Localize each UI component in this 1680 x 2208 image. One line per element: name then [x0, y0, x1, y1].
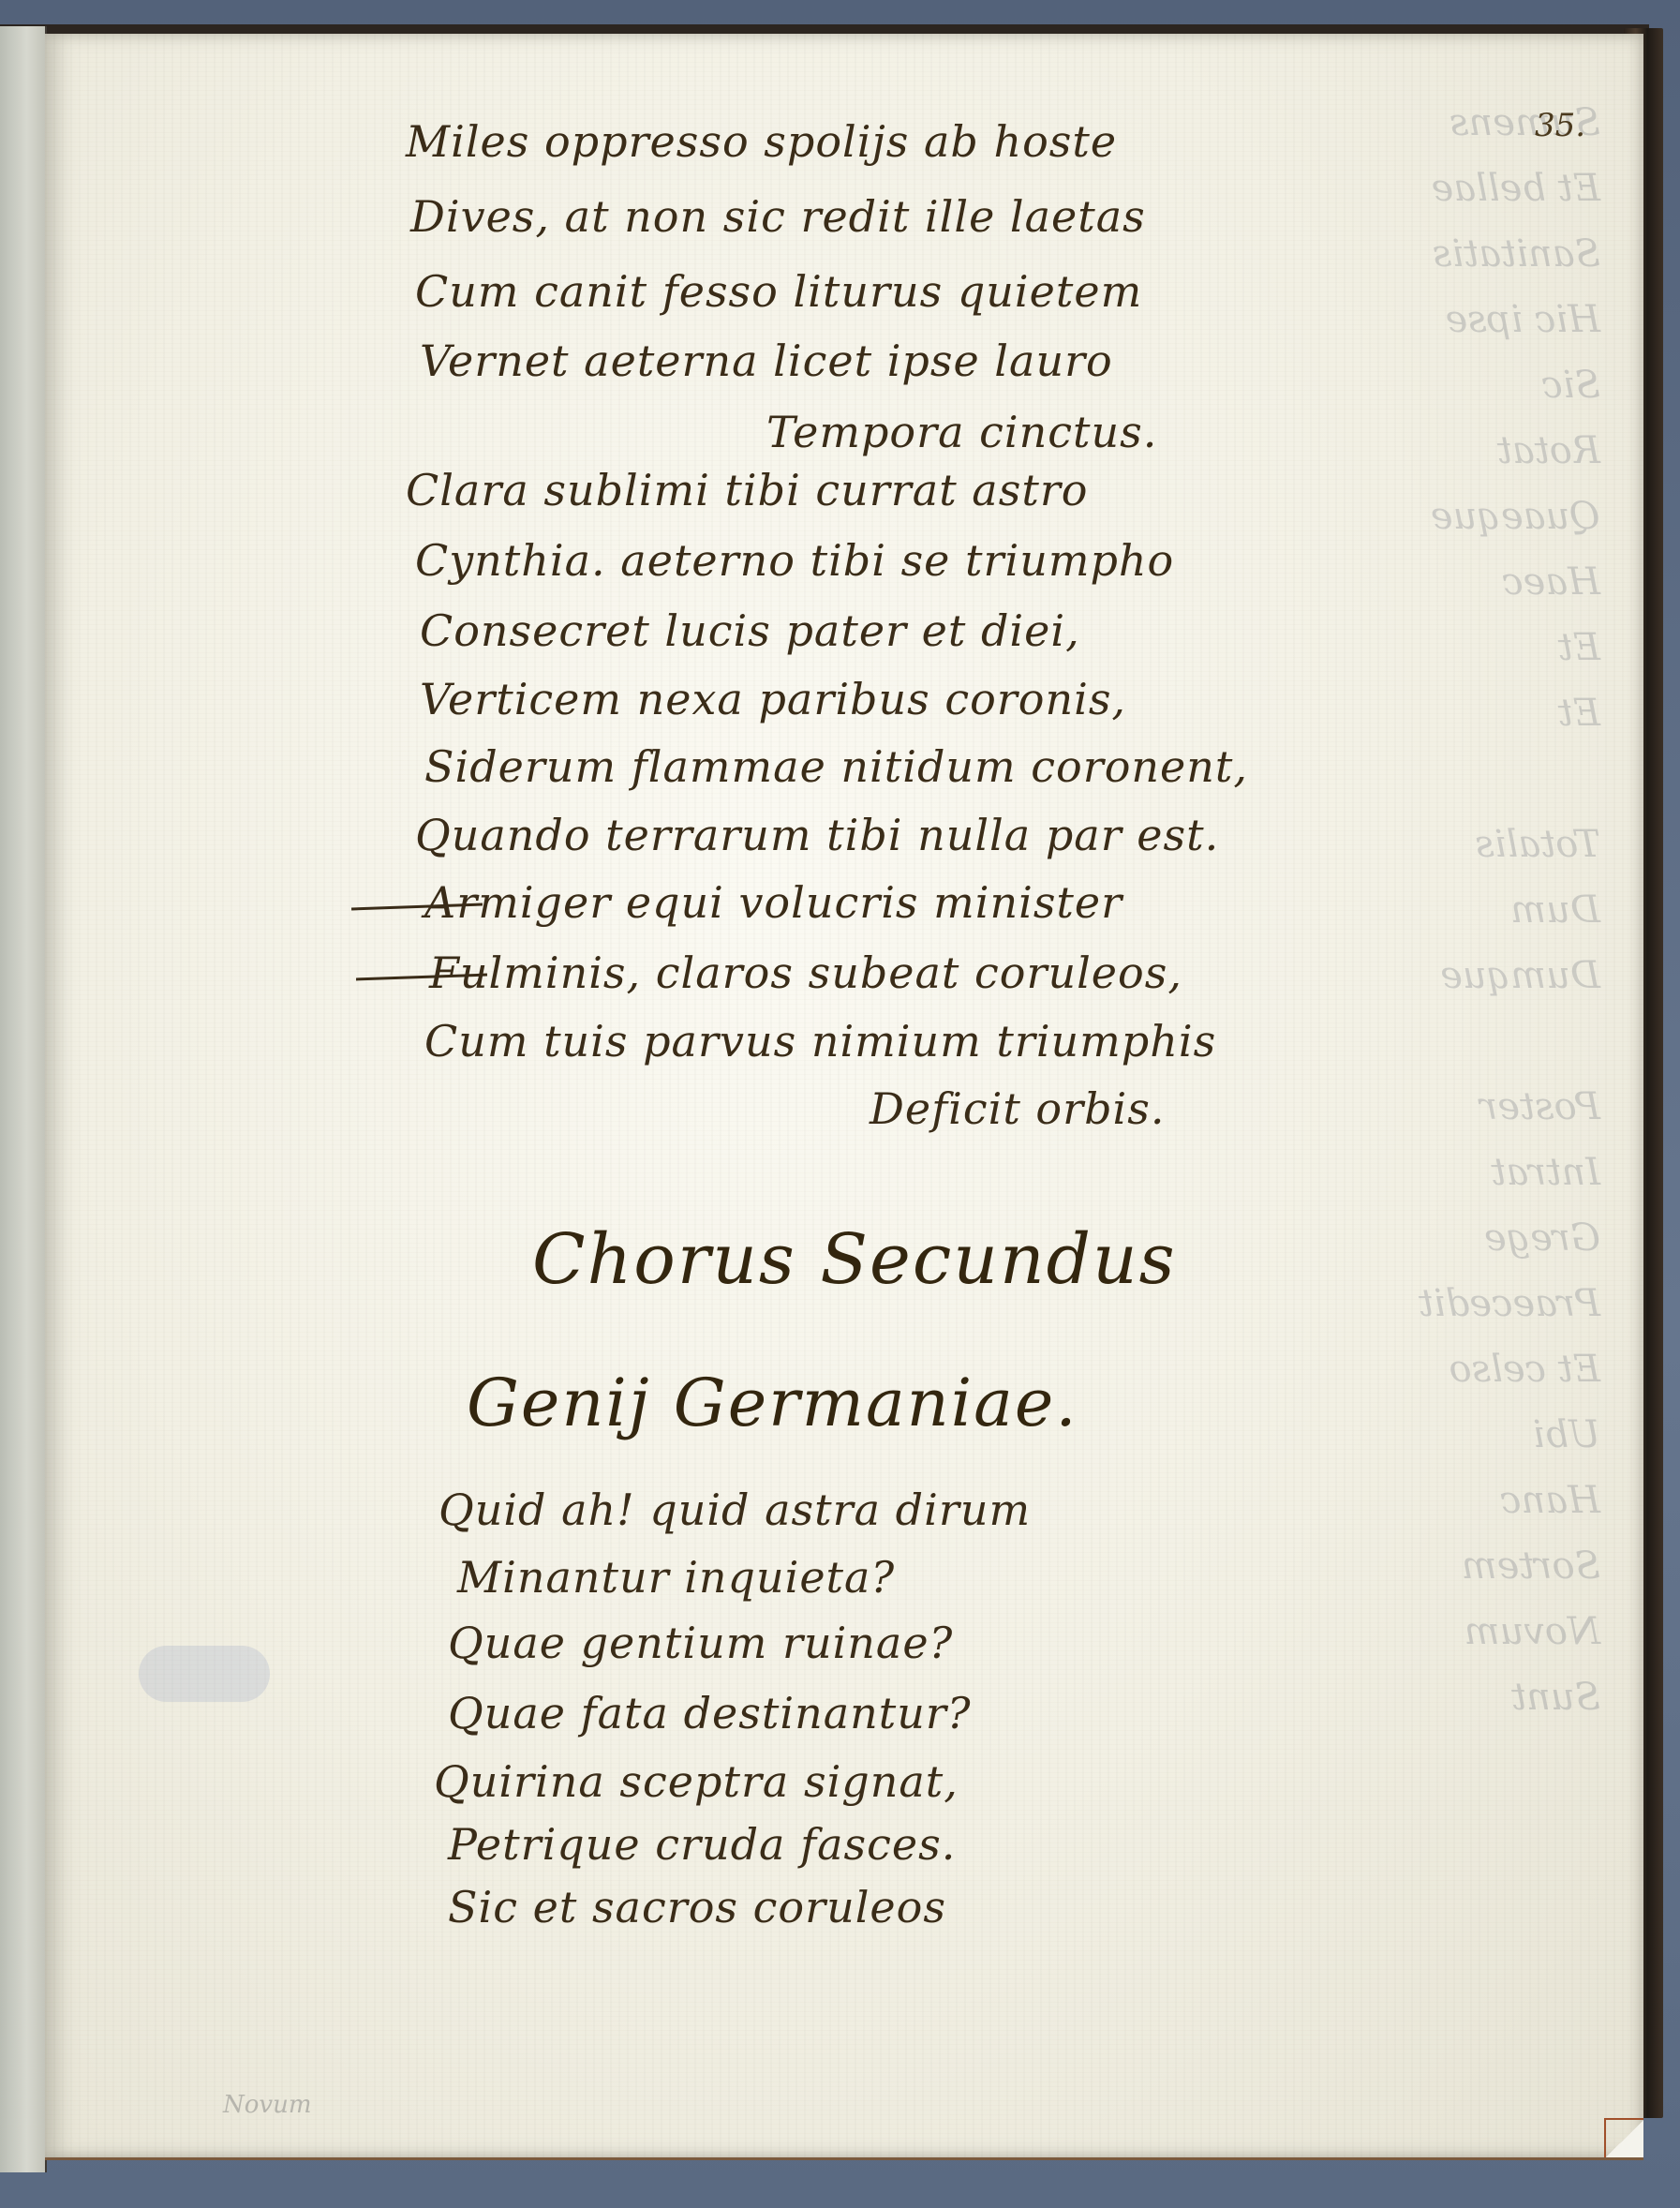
verse-line: Dives, at non sic redit ille laetas: [410, 191, 1146, 242]
verse-line: Quid ah! quid astra dirum: [439, 1484, 1031, 1535]
section-subtitle: Genij Germaniae.: [467, 1365, 1078, 1441]
verse-line-struck: Armiger equi volucris minister: [424, 877, 1122, 928]
verse-line: Minantur inquieta?: [457, 1552, 895, 1603]
verse-line: Miles oppresso spolijs ab hoste: [406, 116, 1117, 167]
verse-line: Quando terrarum tibi nulla par est.: [415, 810, 1219, 860]
pencil-marginal-note: Novum: [223, 2091, 312, 2119]
verse-line-indented: Deficit orbis.: [870, 1083, 1166, 1134]
verse-line: Quirina sceptra signat,: [434, 1756, 959, 1807]
verse-line: Quae fata destinantur?: [448, 1688, 972, 1738]
folio-number: 35.: [1535, 107, 1585, 144]
verse-line-struck: Fulminis, claros subeat coruleos,: [429, 947, 1182, 998]
verse-line: Verticem nexa paribus coronis,: [420, 674, 1126, 724]
bleed-through-text: Sumens Et bellae Sanitatis Hic ipse Sic …: [1151, 90, 1600, 1730]
verse-line: Consecret lucis pater et diei,: [420, 605, 1080, 656]
verse-line: Quae gentium ruinae?: [448, 1618, 953, 1668]
ink-stain: [139, 1646, 270, 1702]
verse-line: Siderum flammae nitidum coronent,: [424, 741, 1248, 792]
verse-line: Cynthia. aeterno tibi se triumpho: [415, 535, 1174, 586]
verse-line: Sic et sacros coruleos: [448, 1882, 946, 1932]
verse-line-indented: Tempora cinctus.: [766, 407, 1157, 457]
verse-line: Cum tuis parvus nimium triumphis: [424, 1016, 1216, 1067]
verse-line: Vernet aeterna licet ipse lauro: [420, 336, 1113, 386]
folded-corner: [1604, 2118, 1643, 2157]
verse-line: Petrique cruda fasces.: [448, 1819, 956, 1870]
facing-page-edge: [0, 26, 47, 2172]
verse-line: Cum canit fesso liturus quietem: [415, 266, 1142, 317]
manuscript-page: Sumens Et bellae Sanitatis Hic ipse Sic …: [45, 34, 1643, 2160]
section-title: Chorus Secundus: [532, 1219, 1177, 1300]
verse-line: Clara sublimi tibi currat astro: [406, 465, 1089, 515]
